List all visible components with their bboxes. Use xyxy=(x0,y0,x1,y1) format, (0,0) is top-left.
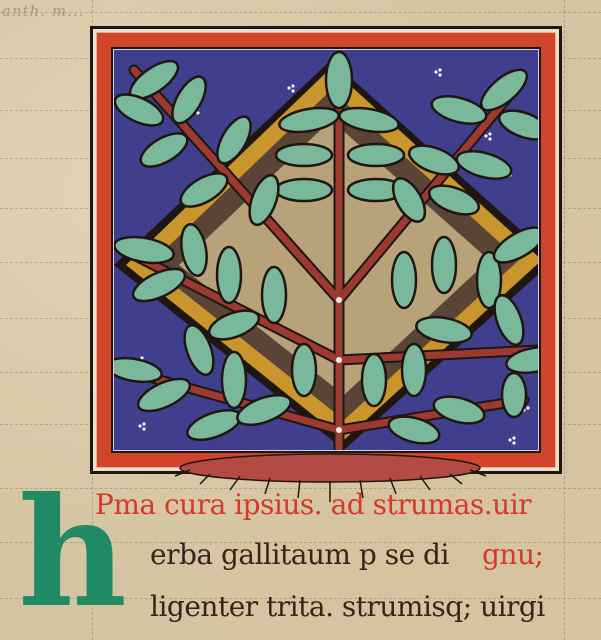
blue-ground xyxy=(113,49,539,451)
ruling-line xyxy=(0,12,601,13)
text-line-2-rubric: gnu; xyxy=(482,538,543,571)
text-block: h Pma cura ipsius. ad strumas.uir erba g… xyxy=(0,478,601,640)
frame-red-border xyxy=(96,32,556,468)
margin-note: anth. m... xyxy=(2,2,84,20)
frame-inner-rule xyxy=(111,47,541,453)
text-line-2: erba gallitaum p se di xyxy=(150,538,449,571)
rubric-line: Pma cura ipsius. ad strumas.uir xyxy=(95,488,531,521)
tree-illustration xyxy=(114,50,539,451)
miniature-frame xyxy=(90,26,562,474)
text-line-3: ligenter trita. strumisq; uirgi xyxy=(150,590,545,623)
